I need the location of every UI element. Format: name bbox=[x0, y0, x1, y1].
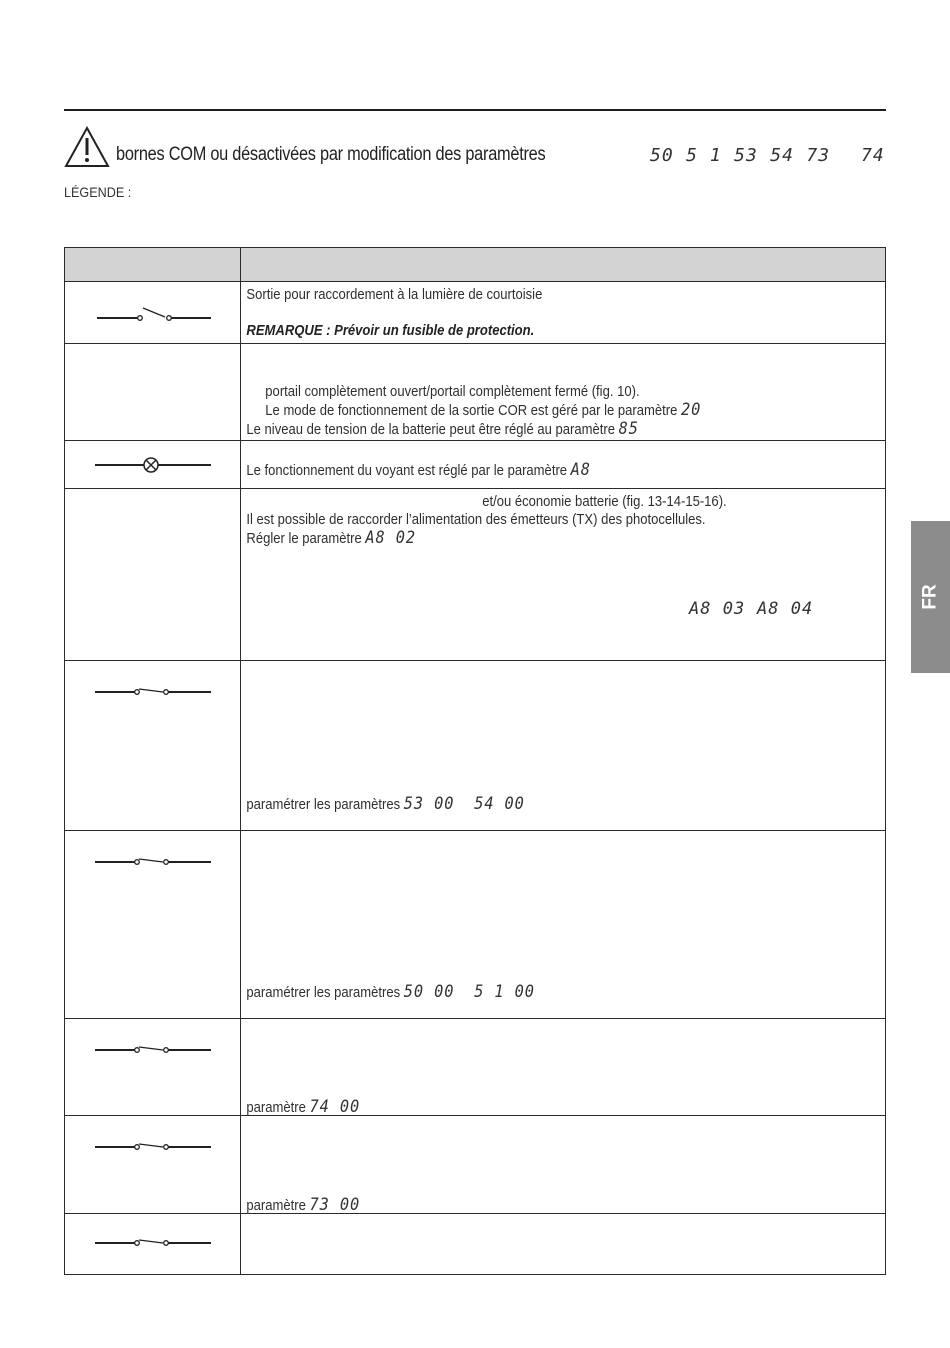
language-tab[interactable]: FR bbox=[911, 521, 950, 673]
row-text: Le niveau de tension de la batterie peut… bbox=[246, 422, 615, 438]
row-text: paramètre bbox=[246, 1100, 305, 1116]
warning-triangle-icon bbox=[64, 126, 110, 168]
param-code: 5 1 00 bbox=[474, 982, 535, 1002]
param-code: 5 1 bbox=[686, 145, 722, 166]
param-code: 53 bbox=[734, 145, 758, 166]
row-text: paramétrer les paramètres bbox=[246, 797, 400, 813]
param-code: A8 bbox=[571, 460, 591, 480]
switch-closed-icon bbox=[93, 853, 213, 869]
param-code: A8 02 bbox=[365, 528, 416, 548]
lamp-icon bbox=[93, 455, 213, 475]
table-row: paramétrer les paramètres 50 00 5 1 00 bbox=[65, 831, 886, 1019]
header-cell-symbol bbox=[65, 248, 241, 282]
row-text: Régler le paramètre bbox=[246, 531, 361, 547]
switch-closed-icon bbox=[93, 683, 213, 699]
legend-label: LÉGENDE : bbox=[64, 184, 131, 200]
warning-line: bornes COM ou désactivées par modificati… bbox=[64, 124, 615, 168]
language-tab-label: FR bbox=[919, 584, 941, 609]
header-cell-description bbox=[241, 248, 886, 282]
warning-text: bornes COM ou désactivées par modificati… bbox=[116, 144, 545, 166]
param-code: 85 bbox=[619, 419, 639, 439]
switch-closed-icon bbox=[93, 1234, 213, 1250]
param-code: 73 00 bbox=[310, 1195, 361, 1215]
param-code: 54 00 bbox=[474, 794, 525, 814]
terminal-table: Sortie pour raccordement à la lumière de… bbox=[64, 247, 886, 1275]
table-row: Sortie pour raccordement à la lumière de… bbox=[65, 282, 886, 344]
param-code: A8 03 bbox=[689, 599, 745, 619]
table-row: Le fonctionnement du voyant est réglé pa… bbox=[65, 441, 886, 489]
param-code: 74 00 bbox=[310, 1097, 361, 1117]
param-code: 50 bbox=[650, 145, 674, 166]
switch-closed-icon bbox=[93, 1041, 213, 1057]
switch-open-icon bbox=[93, 304, 213, 324]
row-text: Le mode de fonctionnement de la sortie C… bbox=[265, 403, 677, 419]
param-code: 54 bbox=[770, 145, 794, 166]
param-code: 50 00 bbox=[404, 982, 455, 1002]
row-text: paramétrer les paramètres bbox=[246, 985, 400, 1001]
row-text: Sortie pour raccordement à la lumière de… bbox=[246, 286, 815, 304]
param-code: 74 bbox=[861, 145, 885, 166]
param-code: A8 04 bbox=[757, 599, 813, 619]
row-text: et/ou économie batterie (fig. 13-14-15-1… bbox=[246, 493, 815, 511]
table-row: et/ou économie batterie (fig. 13-14-15-1… bbox=[65, 489, 886, 661]
remark-note: REMARQUE : Prévoir un fusible de protect… bbox=[246, 322, 815, 340]
row-text: Il est possible de raccorder l’alimentat… bbox=[246, 511, 815, 529]
table-row: paramètre 73 00 bbox=[65, 1116, 886, 1214]
row-text: portail complètement ouvert/portail comp… bbox=[246, 383, 815, 401]
param-code: 73 bbox=[806, 145, 830, 166]
table-header bbox=[65, 248, 886, 282]
param-code: 20 bbox=[681, 400, 701, 420]
param-code: 53 00 bbox=[404, 794, 455, 814]
table-row bbox=[65, 1214, 886, 1275]
table-row: portail complètement ouvert/portail comp… bbox=[65, 344, 886, 441]
top-rule bbox=[64, 109, 886, 111]
table-row: paramétrer les paramètres 53 00 54 00 bbox=[65, 661, 886, 831]
switch-closed-icon bbox=[93, 1138, 213, 1154]
row-text: Le fonctionnement du voyant est réglé pa… bbox=[246, 463, 567, 479]
table-row: paramètre 74 00 bbox=[65, 1019, 886, 1116]
row-text: paramètre bbox=[246, 1198, 305, 1214]
warning-params: 50 5 1 53 54 73 74 bbox=[650, 145, 893, 166]
